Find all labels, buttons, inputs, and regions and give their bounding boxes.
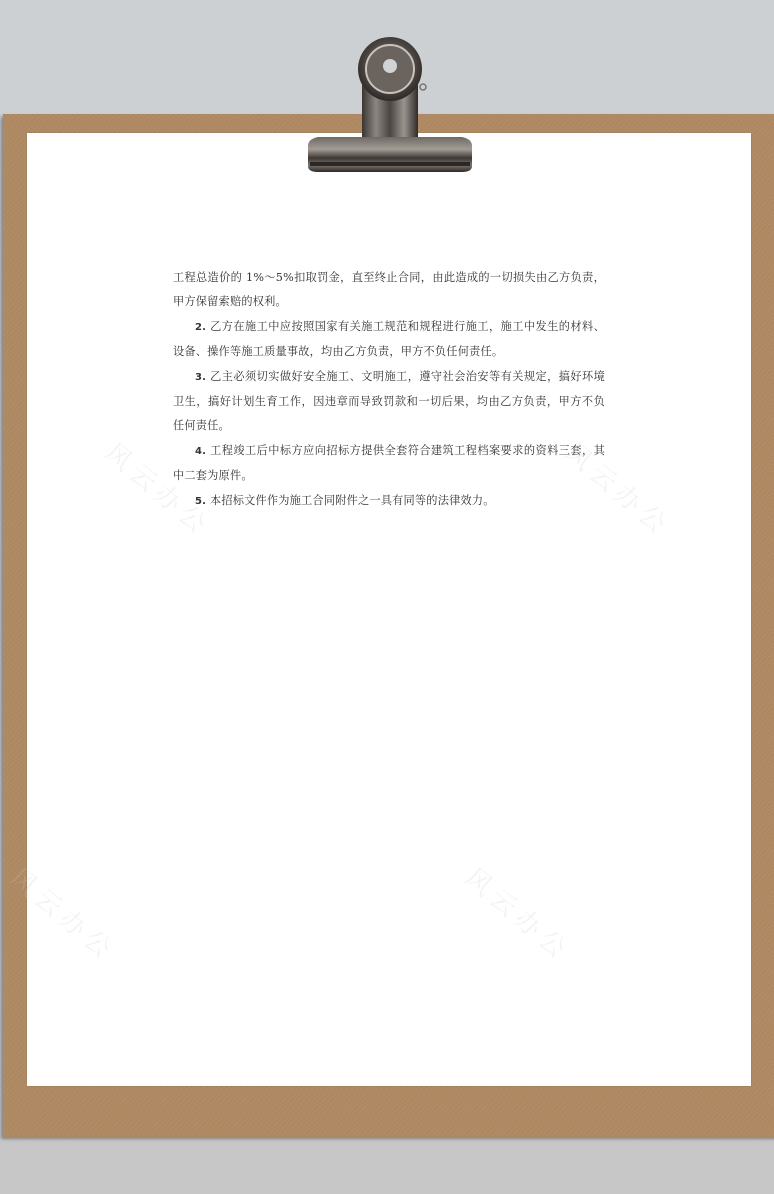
paragraph-text: 工程总造价的 1%～5%扣取罚金，直至终止合同，由此造成的一切损失由乙方负责，甲… <box>173 271 605 308</box>
paragraph-1: 工程总造价的 1%～5%扣取罚金，直至终止合同，由此造成的一切损失由乙方负责，甲… <box>173 266 605 315</box>
paragraph-5: 5. 本招标文件作为施工合同附件之一具有同等的法律效力。 <box>173 489 605 514</box>
paragraph-text: 乙主必须切实做好安全施工、文明施工，遵守社会治安等有关规定，搞好环境卫生，搞好计… <box>173 370 605 433</box>
paragraph-number: 4. <box>195 446 206 457</box>
paragraph-number: 2. <box>195 322 206 333</box>
paragraph-text: 乙方在施工中应按照国家有关施工规范和规程进行施工，施工中发生的材料、设备、操作等… <box>173 320 605 358</box>
paragraph-2: 2. 乙方在施工中应按照国家有关施工规范和规程进行施工，施工中发生的材料、设备、… <box>173 315 605 365</box>
paragraph-3: 3. 乙主必须切实做好安全施工、文明施工，遵守社会治安等有关规定，搞好环境卫生，… <box>173 365 605 439</box>
paragraph-number: 5. <box>195 496 206 507</box>
binder-clip-icon <box>290 24 490 184</box>
document-body: 工程总造价的 1%～5%扣取罚金，直至终止合同，由此造成的一切损失由乙方负责，甲… <box>173 266 605 514</box>
paragraph-text: 工程竣工后中标方应向招标方提供全套符合建筑工程档案要求的资料三套，其中二套为原件… <box>173 444 605 482</box>
backdrop-bottom <box>0 1138 774 1194</box>
paragraph-text: 本招标文件作为施工合同附件之一具有同等的法律效力。 <box>210 494 495 507</box>
paragraph-number: 3. <box>195 372 206 383</box>
paragraph-4: 4. 工程竣工后中标方应向招标方提供全套符合建筑工程档案要求的资料三套，其中二套… <box>173 439 605 489</box>
